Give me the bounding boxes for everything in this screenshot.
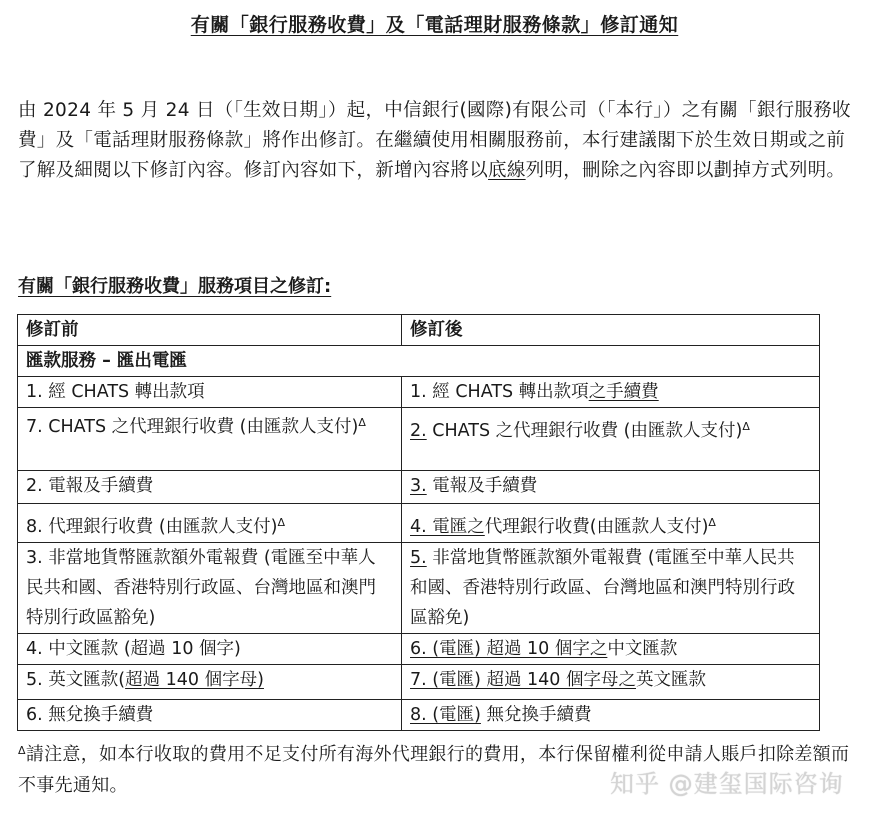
section-label: 匯款服務 – 匯出電匯	[18, 346, 820, 377]
cell-after: 3. 電報及手續費	[402, 471, 820, 504]
after-underlined: 7. (電匯) 超過 140 個字母之	[410, 670, 636, 690]
after-underlined: 6. (電匯) 超過 10 個字之	[410, 639, 607, 659]
cell-after: 2. CHATS 之代理銀行收費 (由匯款人支付)Δ	[402, 408, 820, 471]
after-underlined: 之手續費	[589, 382, 659, 402]
header-before: 修訂前	[18, 315, 402, 346]
table-row: 3. 非當地貨幣匯款額外電報費 (電匯至中華人民共和國、香港特別行政區、台灣地區…	[18, 543, 820, 634]
delta-marker-icon: Δ	[742, 420, 750, 433]
before-text: 8. 代理銀行收費 (由匯款人支付)	[26, 517, 277, 537]
table-row: 7. CHATS 之代理銀行收費 (由匯款人支付)Δ 2. CHATS 之代理銀…	[18, 408, 820, 471]
cell-after: 7. (電匯) 超過 140 個字母之英文匯款	[402, 665, 820, 700]
table-row: 1. 經 CHATS 轉出款項 1. 經 CHATS 轉出款項之手續費	[18, 377, 820, 408]
before-underlined: 超過 140 個字母)	[125, 670, 264, 690]
delta-marker-icon: Δ	[18, 744, 26, 757]
table-row: 8. 代理銀行收費 (由匯款人支付)Δ 4. 電匯之代理銀行收費(由匯款人支付)…	[18, 504, 820, 543]
after-underlined: 2.	[410, 421, 427, 441]
intro-text-tail: 列明，刪除之內容即以劃掉方式列明。	[526, 160, 846, 181]
after-prefix: 1. 經 CHATS 轉出款項	[410, 382, 589, 402]
delta-marker-icon: Δ	[708, 516, 716, 529]
after-underlined: 4. 電匯之	[410, 517, 485, 537]
after-tail: 中文匯款	[607, 639, 677, 659]
after-tail: 代理銀行收費(由匯款人支付)	[485, 517, 709, 537]
header-after: 修訂後	[402, 315, 820, 346]
cell-before: 2. 電報及手續費	[18, 471, 402, 504]
watermark: 知乎 @建玺国际咨询	[610, 764, 844, 799]
cell-before: 3. 非當地貨幣匯款額外電報費 (電匯至中華人民共和國、香港特別行政區、台灣地區…	[18, 543, 402, 634]
before-text: 6. 無兌換手續費	[26, 705, 153, 725]
table-row: 4. 中文匯款 (超過 10 個字) 6. (電匯) 超過 10 個字之中文匯款	[18, 634, 820, 665]
cell-after: 8. (電匯) 無兌換手續費	[402, 700, 820, 731]
table-section-row: 匯款服務 – 匯出電匯	[18, 346, 820, 377]
after-underlined: 5.	[410, 548, 427, 568]
before-text: 2. 電報及手續費	[26, 476, 153, 496]
before-text: 7. CHATS 之代理銀行收費 (由匯款人支付)	[26, 417, 358, 437]
cell-before: 7. CHATS 之代理銀行收費 (由匯款人支付)Δ	[18, 408, 402, 471]
after-tail: 英文匯款	[636, 670, 706, 690]
before-text: 4. 中文匯款 (超過 10 個字)	[26, 639, 241, 659]
after-underlined: 8. (電匯)	[410, 705, 481, 725]
after-tail: 無兌換手續費	[481, 705, 592, 725]
after-tail: 非當地貨幣匯款額外電報費 (電匯至中華人民共和國、香港特別行政區、台灣地區和澳門…	[410, 548, 795, 628]
before-text: 5. 英文匯款(	[26, 670, 125, 690]
document-title-text: 有關「銀行服務收費」及「電話理財服務條款」修訂通知	[191, 14, 679, 36]
revision-table: 修訂前 修訂後 匯款服務 – 匯出電匯 1. 經 CHATS 轉出款項 1. 經…	[17, 314, 820, 731]
cell-after: 4. 電匯之代理銀行收費(由匯款人支付)Δ	[402, 504, 820, 543]
cell-before: 6. 無兌換手續費	[18, 700, 402, 731]
table-row: 6. 無兌換手續費 8. (電匯) 無兌換手續費	[18, 700, 820, 731]
after-underlined: 3.	[410, 476, 427, 496]
delta-marker-icon: Δ	[358, 416, 366, 429]
cell-after: 6. (電匯) 超過 10 個字之中文匯款	[402, 634, 820, 665]
intro-paragraph: 由 2024 年 5 月 24 日（「生效日期」）起，中信銀行(國際)有限公司（…	[18, 96, 853, 186]
section-heading: 有關「銀行服務收費」服務項目之修訂:	[18, 272, 331, 298]
delta-marker-icon: Δ	[277, 516, 285, 529]
cell-before: 4. 中文匯款 (超過 10 個字)	[18, 634, 402, 665]
intro-underlined-word: 底線	[488, 160, 526, 181]
cell-before: 1. 經 CHATS 轉出款項	[18, 377, 402, 408]
table-row: 5. 英文匯款(超過 140 個字母) 7. (電匯) 超過 140 個字母之英…	[18, 665, 820, 700]
document-title: 有關「銀行服務收費」及「電話理財服務條款」修訂通知	[0, 10, 869, 37]
cell-before: 8. 代理銀行收費 (由匯款人支付)Δ	[18, 504, 402, 543]
table-header-row: 修訂前 修訂後	[18, 315, 820, 346]
after-tail: CHATS 之代理銀行收費 (由匯款人支付)	[427, 421, 743, 441]
table-row: 2. 電報及手續費 3. 電報及手續費	[18, 471, 820, 504]
after-tail: 電報及手續費	[427, 476, 538, 496]
before-text: 1. 經 CHATS 轉出款項	[26, 382, 205, 402]
before-text: 3. 非當地貨幣匯款額外電報費 (電匯至中華人民共和國、香港特別行政區、台灣地區…	[26, 548, 376, 628]
cell-before: 5. 英文匯款(超過 140 個字母)	[18, 665, 402, 700]
cell-after: 5. 非當地貨幣匯款額外電報費 (電匯至中華人民共和國、香港特別行政區、台灣地區…	[402, 543, 820, 634]
cell-after: 1. 經 CHATS 轉出款項之手續費	[402, 377, 820, 408]
